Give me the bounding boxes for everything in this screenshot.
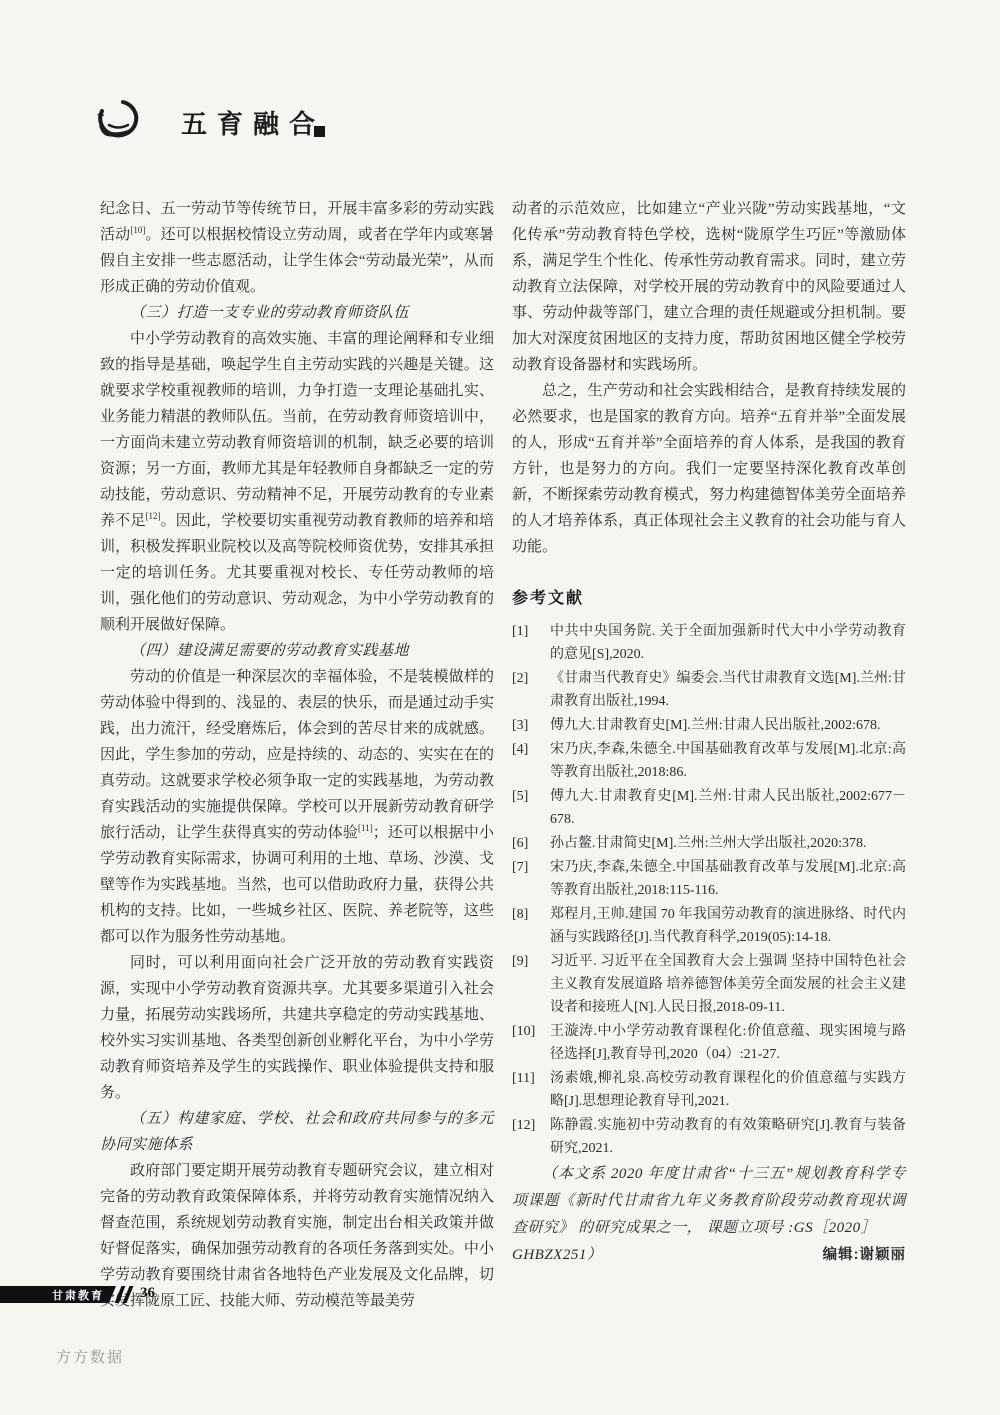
section-square-mark [314, 126, 325, 137]
reference-text: 习近平. 习近平在全国教育大会上强调 坚持中国特色社会主义教育发展道路 培养德智… [550, 954, 906, 1015]
reference-marker: [1] [512, 620, 528, 643]
reference-item: [3]傅九大.甘肃教育史[M].兰州:甘肃人民出版社,2002:678. [512, 714, 906, 737]
reference-marker: [10] [512, 1020, 535, 1043]
reference-item: [5]傅九大.甘肃教育史[M].兰州:甘肃人民出版社,2002:677－678. [512, 785, 906, 831]
reference-text: 宋乃庆,李森,朱德全.中国基础教育改革与发展[M].北京:高等教育出版社,201… [550, 860, 906, 898]
paragraph-summary: 总之，生产劳动和社会实践相结合，是教育持续发展的必然要求，也是国家的教育方向。培… [512, 378, 906, 560]
reference-text: 郑程月,王帅.建国 70 年我国劳动教育的演进脉络、时代内涵与实践路径[J].当… [550, 907, 906, 945]
reference-text: 陈静霞.实施初中劳动教育的有效策略研究[J].教育与装备研究,2021. [550, 1118, 906, 1156]
paragraph-open: 纪念日、五一劳动节等传统节日，开展丰富多彩的劳动实践活动[10]。还可以根据校情… [100, 196, 494, 300]
references-list: [1]中共中央国务院. 关于全面加强新时代大中小学劳动教育的意见[S],2020… [512, 620, 906, 1160]
reference-marker: [4] [512, 738, 528, 761]
reference-text: 孙占鳌.甘肃简史[M].兰州:兰州大学出版社,2020:378. [550, 836, 867, 851]
reference-marker: [11] [512, 1067, 535, 1090]
section-title: 五育融合 [181, 104, 325, 141]
reference-text: 傅九大.甘肃教育史[M].兰州:甘肃人民出版社,2002:677－678. [550, 789, 906, 827]
reference-item: [4]宋乃庆,李森,朱德全.中国基础教育改革与发展[M].北京:高等教育出版社,… [512, 738, 906, 784]
references-title: 参考文献 [512, 586, 906, 612]
funding-tail: GHBZX251） [512, 1242, 602, 1269]
heading-teachers: （三）打造一支专业的劳动教育师资队伍 [100, 300, 494, 326]
page-number: 36 [140, 1285, 155, 1302]
paragraph-resource-sharing: 同时，可以利用面向社会广泛开放的劳动教育实践资源，实现中小学劳动教育资源共享。尤… [100, 950, 494, 1106]
reference-text: 中共中央国务院. 关于全面加强新时代大中小学劳动教育的意见[S],2020. [550, 624, 906, 662]
reference-marker: [7] [512, 856, 528, 879]
reference-marker: [8] [512, 903, 528, 926]
reference-text: 宋乃庆,李森,朱德全.中国基础教育改革与发展[M].北京:高等教育出版社,201… [550, 742, 906, 780]
database-watermark: 方方数据 [56, 1346, 124, 1367]
paragraph-government: 政府部门要定期开展劳动教育专题研究会议，建立相对完备的劳动教育政策保障体系，并将… [100, 1158, 494, 1314]
editor-credit: 编辑:谢颖丽 [823, 1242, 906, 1269]
heading-practice-base: （四）建设满足需要的劳动教育实践基地 [100, 638, 494, 664]
reference-marker: [2] [512, 667, 528, 690]
reference-marker: [9] [512, 950, 528, 973]
reference-marker: [3] [512, 714, 528, 737]
reference-item: [11]汤素娥,柳礼泉.高校劳动教育课程化的价值意蕴与实践方略[J].思想理论教… [512, 1067, 906, 1113]
reference-marker: [6] [512, 832, 528, 855]
reference-item: [2]《甘肃当代教育史》编委会.当代甘肃教育文选[M].兰州:甘肃教育出版社,1… [512, 667, 906, 713]
reference-item: [10]王漩涛.中小学劳动教育课程化:价值意蕴、现实困境与路径选择[J],教育导… [512, 1020, 906, 1066]
journal-name-bar: 甘肃教育 [0, 1286, 116, 1303]
reference-text: 汤素娥,柳礼泉.高校劳动教育课程化的价值意蕴与实践方略[J].思想理论教育导刊,… [550, 1071, 906, 1109]
journal-logo-icon [93, 98, 143, 144]
reference-text: 王漩涛.中小学劳动教育课程化:价值意蕴、现实困境与路径选择[J],教育导刊,20… [550, 1024, 906, 1062]
paragraph-model-workers: 动者的示范效应，比如建立“产业兴陇”劳动实践基地，“文化传承”劳动教育特色学校，… [512, 196, 906, 378]
right-column: 动者的示范效应，比如建立“产业兴陇”劳动实践基地，“文化传承”劳动教育特色学校，… [512, 196, 906, 1269]
reference-item: [6]孙占鳌.甘肃简史[M].兰州:兰州大学出版社,2020:378. [512, 832, 906, 855]
reference-item: [12]陈静霞.实施初中劳动教育的有效策略研究[J].教育与装备研究,2021. [512, 1114, 906, 1160]
reference-item: [9]习近平. 习近平在全国教育大会上强调 坚持中国特色社会主义教育发展道路 培… [512, 950, 906, 1019]
funding-row: GHBZX251） 编辑:谢颖丽 [512, 1242, 906, 1269]
journal-name: 甘肃教育 [52, 1287, 104, 1303]
journal-page: 五育融合 纪念日、五一劳动节等传统节日，开展丰富多彩的劳动实践活动[10]。还可… [0, 0, 1000, 1415]
reference-item: [8]郑程月,王帅.建国 70 年我国劳动教育的演进脉络、时代内涵与实践路径[J… [512, 903, 906, 949]
reference-marker: [5] [512, 785, 528, 808]
paragraph-teachers: 中小学劳动教育的高效实施、丰富的理论阐释和专业细致的指导是基础，唤起学生自主劳动… [100, 326, 494, 638]
reference-item: [1]中共中央国务院. 关于全面加强新时代大中小学劳动教育的意见[S],2020… [512, 620, 906, 666]
reference-text: 《甘肃当代教育史》编委会.当代甘肃教育文选[M].兰州:甘肃教育出版社,1994… [550, 671, 906, 709]
left-column: 纪念日、五一劳动节等传统节日，开展丰富多彩的劳动实践活动[10]。还可以根据校情… [100, 196, 494, 1314]
heading-multi-system: （五）构建家庭、学校、社会和政府共同参与的多元协同实施体系 [100, 1106, 494, 1158]
paragraph-practice-base: 劳动的价值是一种深层次的幸福体验，不是装模做样的劳动体验中得到的、浅显的、表层的… [100, 664, 494, 950]
reference-marker: [12] [512, 1114, 535, 1137]
reference-item: [7]宋乃庆,李森,朱德全.中国基础教育改革与发展[M].北京:高等教育出版社,… [512, 856, 906, 902]
reference-text: 傅九大.甘肃教育史[M].兰州:甘肃人民出版社,2002:678. [550, 718, 881, 733]
funding-note: （本文系 2020 年度甘肃省“十三五”规划教育科学专项课题《新时代甘肃省九年义… [512, 1161, 906, 1242]
